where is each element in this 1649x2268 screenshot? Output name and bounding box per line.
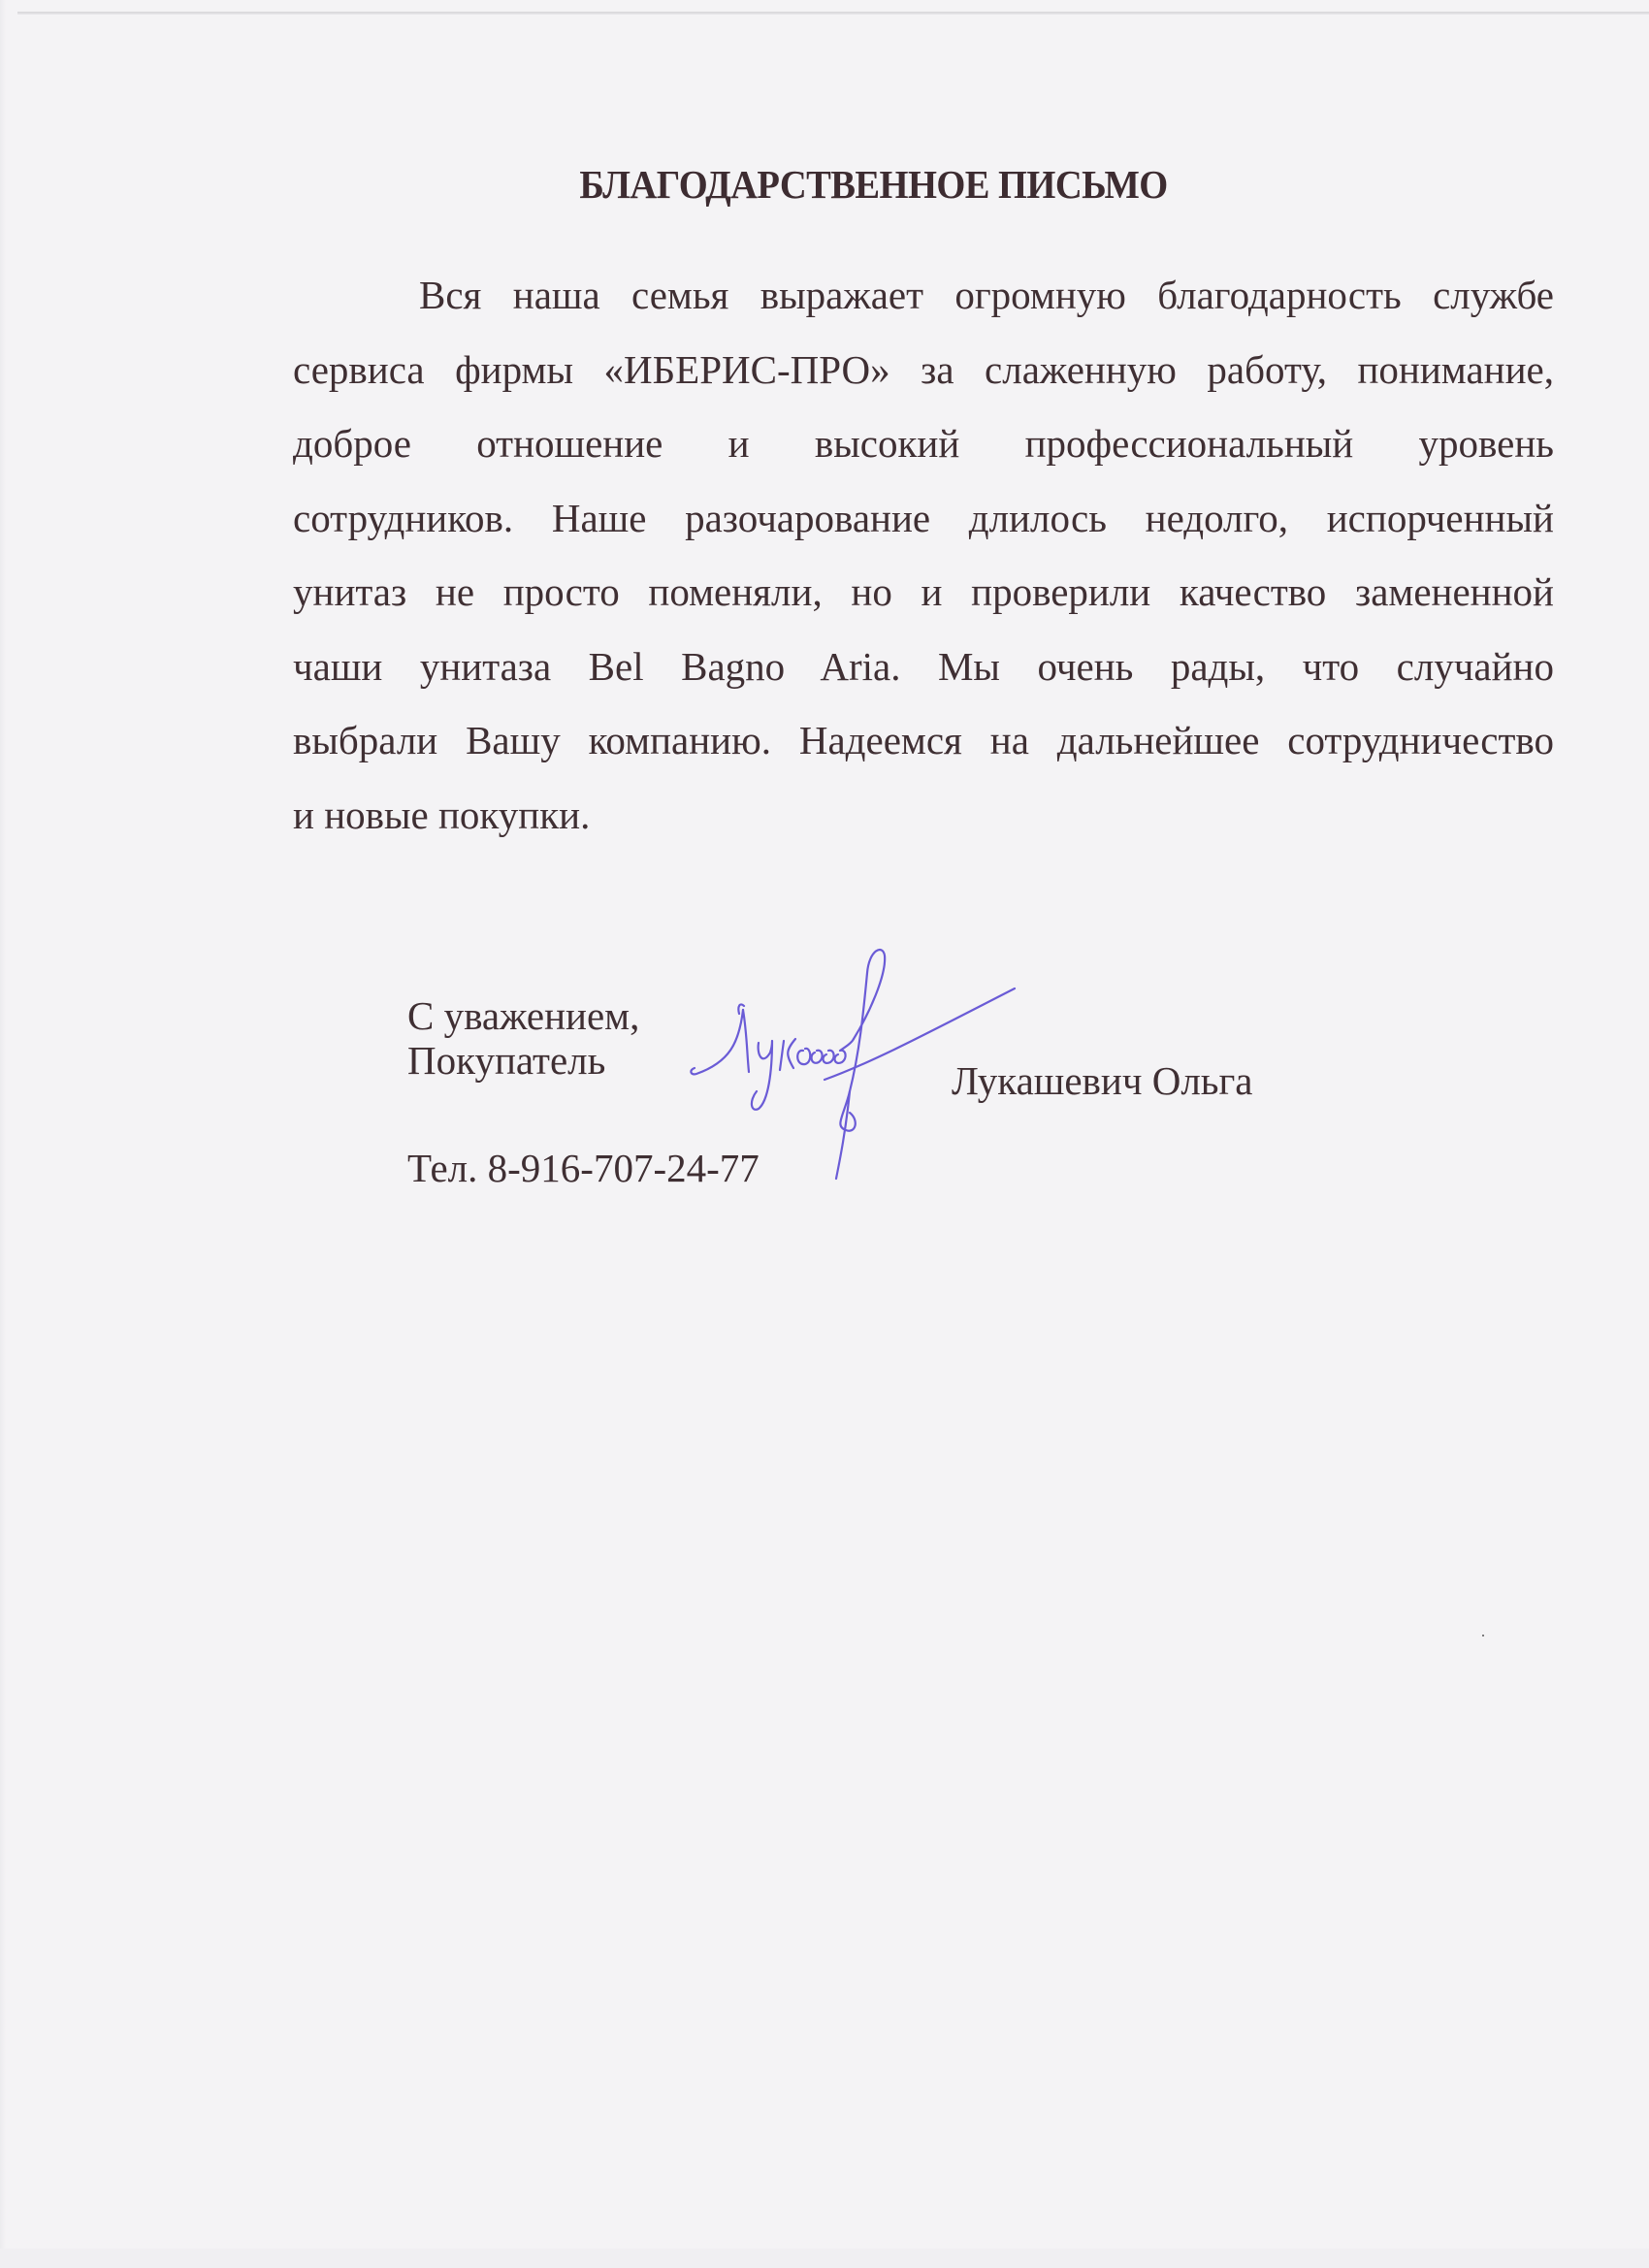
- body-line: выбрали Вашу компанию. Надеемся на дальн…: [293, 703, 1554, 778]
- signer-name: Лукашевич Ольга: [952, 1057, 1253, 1104]
- closing-role: Покупатель: [407, 1038, 639, 1083]
- body-line: и новые покупки.: [293, 778, 1554, 853]
- letter-body: Вся наша семья выражает огромную благода…: [293, 258, 1554, 852]
- closing-regards: С уважением,: [407, 993, 639, 1038]
- scan-bottom-band: [0, 2249, 1649, 2268]
- body-line: Вся наша семья выражает огромную благода…: [293, 258, 1554, 333]
- scan-speck: [1482, 1635, 1484, 1636]
- body-line: сервиса фирмы «ИБЕРИС-ПРО» за слаженную …: [293, 333, 1554, 407]
- body-line: чаши унитаза Bel Bagno Aria. Мы очень ра…: [293, 630, 1554, 704]
- body-line: доброе отношение и высокий профессиональ…: [293, 406, 1554, 481]
- closing-block: С уважением, Покупатель: [407, 993, 639, 1083]
- phone-number: Тел. 8-916-707-24-77: [407, 1145, 760, 1191]
- body-line: унитаз не просто поменяли, но и проверил…: [293, 555, 1554, 630]
- scan-left-edge: [0, 0, 6, 2268]
- scan-top-edge: [17, 12, 1649, 15]
- body-line: сотрудников. Наше разочарование длилось …: [293, 481, 1554, 556]
- document-title: БЛАГОДАРСТВЕННОЕ ПИСЬМО: [0, 161, 1649, 208]
